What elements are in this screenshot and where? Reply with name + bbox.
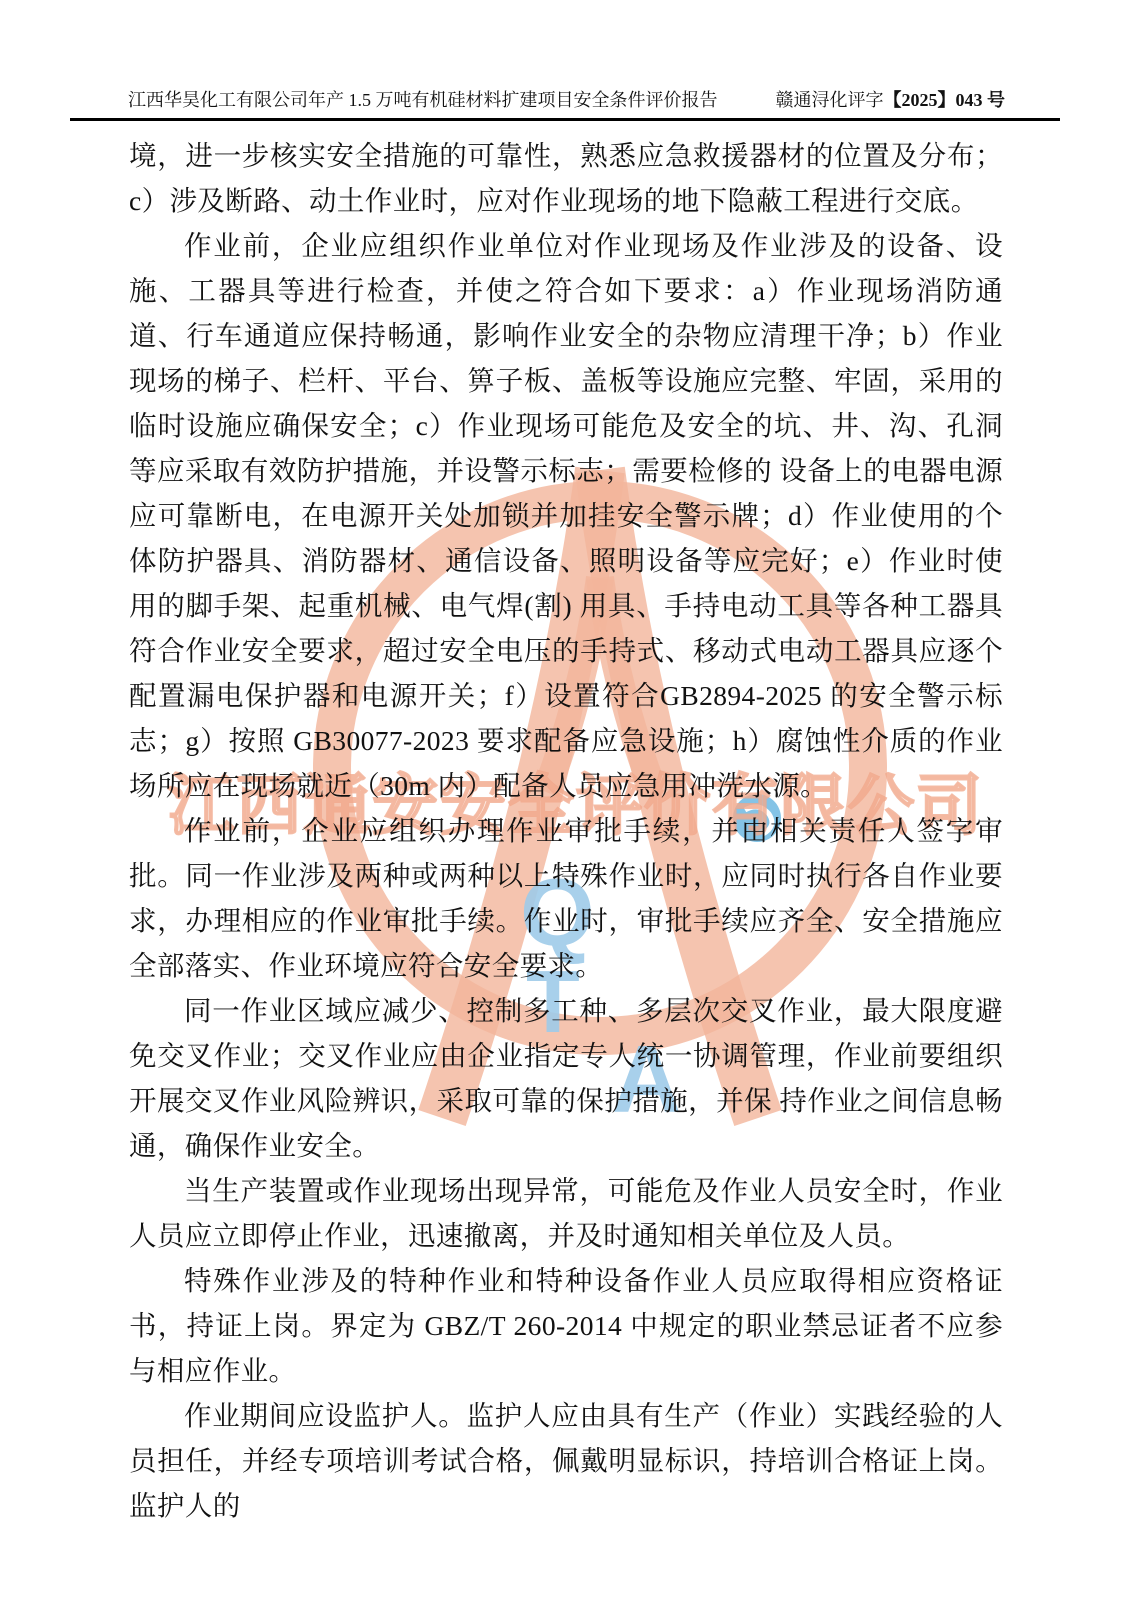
document-body: 境，进一步核实安全措施的可靠性，熟悉应急救援器材的位置及分布；c）涉及断路、动土… xyxy=(129,133,1003,1528)
header-report-title: 江西华昊化工有限公司年产 1.5 万吨有机硅材料扩建项目安全条件评价报告 xyxy=(128,86,718,112)
page-header: 江西华昊化工有限公司年产 1.5 万吨有机硅材料扩建项目安全条件评价报告 赣通浔… xyxy=(128,86,1005,112)
doc-number-prefix: 赣通浔化评字 xyxy=(776,90,884,110)
paragraph: 特殊作业涉及的特种作业和特种设备作业人员应取得相应资格证书，持证上岗。界定为 G… xyxy=(129,1258,1003,1393)
paragraph: 同一作业区域应减少、控制多工种、多层次交叉作业，最大限度避免交叉作业；交叉作业应… xyxy=(129,988,1003,1168)
paragraph: 当生产装置或作业现场出现异常，可能危及作业人员安全时，作业人员应立即停止作业，迅… xyxy=(129,1168,1003,1258)
paragraph: 作业前，企业应组织办理作业审批手续，并由相关责任人签字审批。同一作业涉及两种或两… xyxy=(129,808,1003,988)
paragraph: 作业前，企业应组织作业单位对作业现场及作业涉及的设备、设施、工器具等进行检查，并… xyxy=(129,223,1003,808)
document-page: Q T A 江西通安安全评价有限公司 江西华昊化工有限公司年产 1.5 万吨有机… xyxy=(0,0,1131,1600)
paragraph: 作业期间应设监护人。监护人应由具有生产（作业）实践经验的人员担任，并经专项培训考… xyxy=(129,1393,1003,1528)
header-doc-number: 赣通浔化评字【2025】043 号 xyxy=(776,86,1006,112)
doc-number-bold: 【2025】043 号 xyxy=(884,90,1006,110)
paragraph: 境，进一步核实安全措施的可靠性，熟悉应急救援器材的位置及分布；c）涉及断路、动土… xyxy=(129,133,1003,223)
header-rule xyxy=(70,118,1060,121)
